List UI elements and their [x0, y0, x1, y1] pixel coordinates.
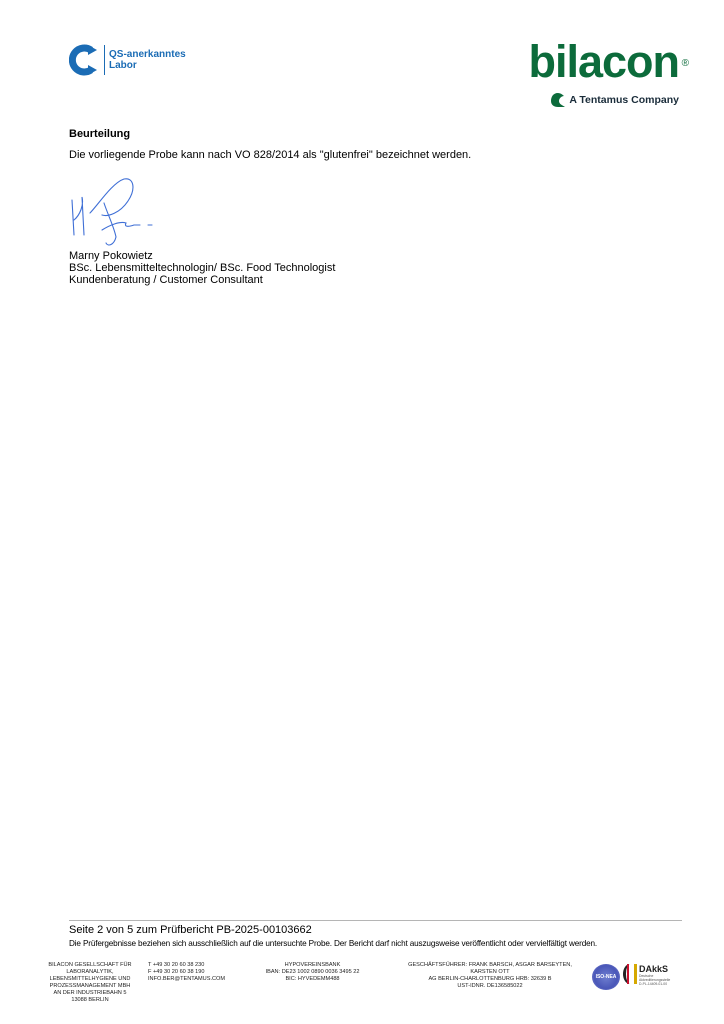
footer-line: 13088 BERLIN	[40, 997, 140, 1004]
footer-bic: BIC: HYVEDEMM488	[245, 976, 380, 983]
dakks-sub-line: D-PL-14409-01-00	[639, 982, 670, 986]
tagline-text: A Tentamus Company	[569, 94, 679, 106]
footer-line: UST-IDNR. DE136585022	[395, 983, 585, 990]
footer-line: LEBENSMITTELHYGIENE UND	[40, 976, 140, 983]
dakks-accreditation-logo: DAkkS Deutsche Akkreditierungsstelle D-P…	[623, 964, 670, 986]
iso-certification-badge: ISO-NEA	[592, 964, 620, 990]
bilacon-logo: bilacon® A Tentamus Company	[528, 38, 679, 108]
signatory-role: Kundenberatung / Customer Consultant	[69, 274, 335, 286]
disclaimer: Die Prüfergebnisse beziehen sich ausschl…	[69, 939, 597, 948]
page-indicator: Seite 2 von 5 zum Prüfbericht PB-2025-00…	[69, 924, 312, 936]
footer-iban: IBAN: DE23 1002 0890 0036 3495 22	[245, 969, 380, 976]
qs-logo: QS-anerkanntes Labor	[69, 43, 186, 77]
dakks-flag-icon	[623, 964, 637, 984]
signature-image	[68, 175, 163, 250]
iso-badge-label: ISO-NEA	[596, 974, 617, 980]
footer-line: KARSTEN OTT	[395, 969, 585, 976]
footer-line: AN DER INDUSTRIEBAHN 5	[40, 990, 140, 997]
qs-arrows-icon	[69, 44, 99, 76]
footer-company-address: BILACON GESELLSCHAFT FÜR LABORANALYTIK, …	[40, 962, 140, 1004]
brand-wordmark: bilacon	[528, 36, 679, 87]
footer-line: LABORANALYTIK,	[40, 969, 140, 976]
signatory-block: Marny Pokowietz BSc. Lebensmitteltechnol…	[69, 250, 335, 286]
registered-mark: ®	[682, 40, 689, 88]
footer-contact: T +49 30 20 60 38 230 F +49 30 20 60 38 …	[148, 962, 238, 983]
qs-logo-divider	[104, 45, 105, 75]
footer-phone: T +49 30 20 60 38 230	[148, 962, 238, 969]
footer-email[interactable]: INFO.BER@TENTAMUS.COM	[148, 976, 238, 983]
assessment-statement: Die vorliegende Probe kann nach VO 828/2…	[69, 149, 471, 161]
dakks-name: DAkkS	[639, 964, 670, 974]
footer-management: GESCHÄFTSFÜHRER: FRANK BARSCH, ASGAR BAR…	[395, 962, 585, 990]
qs-logo-text: QS-anerkanntes Labor	[109, 49, 186, 71]
footer-bank: HYPOVEREINSBANK IBAN: DE23 1002 0890 003…	[245, 962, 380, 983]
qs-logo-line1: QS-anerkanntes	[109, 49, 186, 60]
footer-line: GESCHÄFTSFÜHRER: FRANK BARSCH, ASGAR BAR…	[395, 962, 585, 969]
brand-name: bilacon®	[528, 38, 679, 86]
footer-line: BILACON GESELLSCHAFT FÜR	[40, 962, 140, 969]
tentamus-icon	[550, 92, 566, 108]
tentamus-tagline: A Tentamus Company	[528, 92, 679, 108]
footer-divider	[69, 920, 682, 921]
footer-bank-name: HYPOVEREINSBANK	[245, 962, 380, 969]
section-heading: Beurteilung	[69, 128, 130, 140]
signatory-title: BSc. Lebensmitteltechnologin/ BSc. Food …	[69, 262, 335, 274]
signatory-name: Marny Pokowietz	[69, 250, 335, 262]
footer-line: PROZESSMANAGEMENT MBH	[40, 983, 140, 990]
footer-fax: F +49 30 20 60 38 190	[148, 969, 238, 976]
footer-line: AG BERLIN-CHARLOTTENBURG HRB: 32639 B	[395, 976, 585, 983]
qs-logo-line2: Labor	[109, 60, 186, 71]
